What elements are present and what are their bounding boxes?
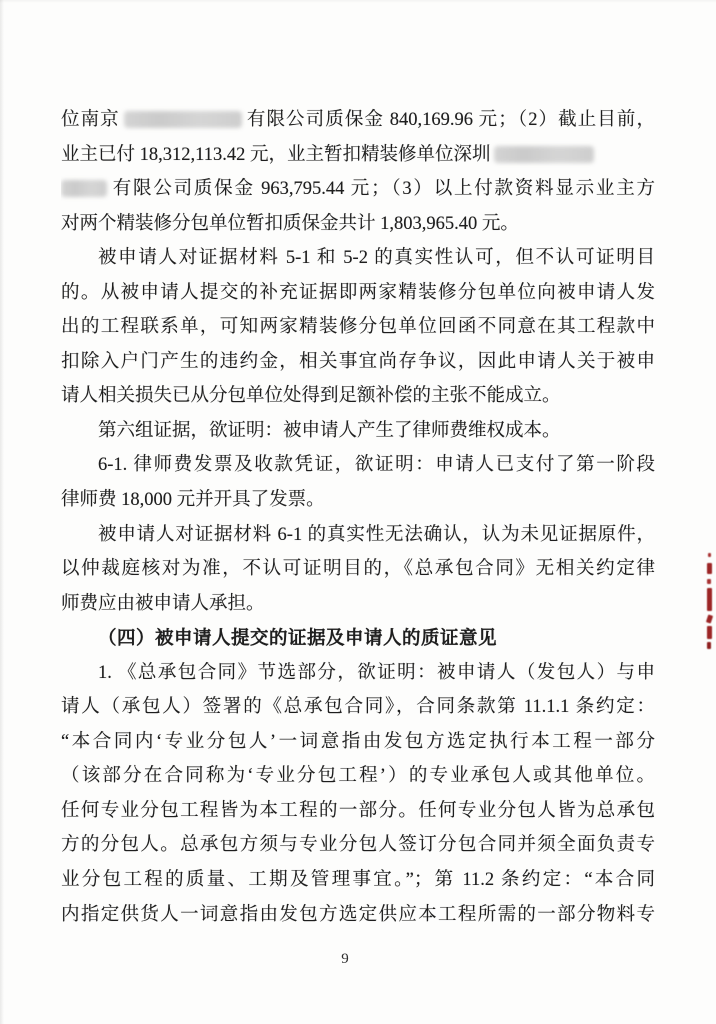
text-line: 位南京有限公司质保金 840,169.96 元；（2）截止目前，	[61, 103, 655, 138]
text-segment: 有限公司质保金 963,795.44 元；（3）以上付款资料显示业主方	[111, 179, 655, 199]
red-ink-stroke	[707, 563, 712, 574]
red-ink-stroke	[707, 588, 712, 611]
page-number: 9	[0, 951, 690, 968]
document-body-text: 位南京有限公司质保金 840,169.96 元；（2）截止目前， 业主已付 18…	[61, 103, 655, 932]
text-segment: 位南京	[61, 110, 120, 130]
text-line: 被申请人对证据材料 5-1 和 5-2 的真实性认可，但不认可证明目	[61, 241, 655, 276]
red-ink-edge-mark	[705, 553, 713, 649]
text-line: 内指定供货人一词意指由发包方选定供应本工程所需的一部分物料专	[61, 898, 655, 933]
text-line: 6-1. 律师费发票及收款凭证，欲证明：申请人已支付了第一阶段	[61, 448, 655, 483]
text-line: 1. 《总承包合同》节选部分，欲证明：被申请人（发包人）与申	[61, 656, 655, 691]
text-line: 方的分包人。总承包方须与专业分包人签订分包合同并须全面负责专	[61, 828, 655, 863]
text-line: 的。从被申请人提交的补充证据即两家精装修分包单位向被申请人发	[61, 276, 655, 311]
redaction-blur	[124, 111, 242, 128]
text-line: 业主已付 18,312,113.42 元，业主暂扣精装修单位深圳	[61, 138, 655, 173]
document-page: 位南京有限公司质保金 840,169.96 元；（2）截止目前， 业主已付 18…	[0, 0, 716, 1024]
redaction-blur	[494, 146, 594, 163]
text-line: 请人相关损失已从分包单位处得到足额补偿的主张不能成立。	[61, 379, 655, 414]
text-line: 有限公司质保金 963,795.44 元；（3）以上付款资料显示业主方	[61, 172, 655, 207]
red-ink-stroke	[705, 614, 712, 623]
text-line: （该部分在合同称为‘专业分包工程’）的专业承包人或其他单位。	[61, 759, 655, 794]
text-line: 任何专业分包工程皆为本工程的一部分。任何专业分包人皆为总承包	[61, 794, 655, 829]
red-ink-stroke	[707, 626, 712, 639]
text-line: 被申请人对证据材料 6-1 的真实性无法确认，认为未见证据原件，	[61, 518, 655, 553]
text-line: 第六组证据，欲证明：被申请人产生了律师费维权成本。	[61, 414, 655, 449]
section-heading: （四）被申请人提交的证据及申请人的质证意见	[61, 621, 655, 656]
red-ink-stroke	[708, 553, 711, 557]
text-line: 请人（承包人）签署的《总承包合同》，合同条款第 11.1.1 条约定：	[61, 690, 655, 725]
redaction-blur	[61, 180, 107, 197]
text-line: 师费应由被申请人承担。	[61, 587, 655, 622]
text-segment: 业主已付 18,312,113.42 元，业主暂扣精装修单位深圳	[61, 145, 490, 165]
text-line: 律师费 18,000 元并开具了发票。	[61, 483, 655, 518]
text-line: 出的工程联系单，可知两家精装修分包单位回函不同意在其工程款中	[61, 310, 655, 345]
text-segment: 有限公司质保金 840,169.96 元；（2）截止目前，	[246, 110, 655, 130]
red-ink-stroke	[707, 579, 711, 584]
text-line: 扣除入户门产生的违约金，相关事宜尚存争议，因此申请人关于被申	[61, 345, 655, 380]
text-line: 对两个精装修分包单位暂扣质保金共计 1,803,965.40 元。	[61, 207, 655, 242]
text-line: 业分包工程的质量、工期及管理事宜。”；第 11.2 条约定：“本合同	[61, 863, 655, 898]
text-line: “本合同内‘专业分包人’一词意指由发包方选定执行本工程一部分	[61, 725, 655, 760]
red-ink-stroke	[707, 642, 711, 649]
text-line: 以仲裁庭核对为准，不认可证明目的，《总承包合同》无相关约定律	[61, 552, 655, 587]
